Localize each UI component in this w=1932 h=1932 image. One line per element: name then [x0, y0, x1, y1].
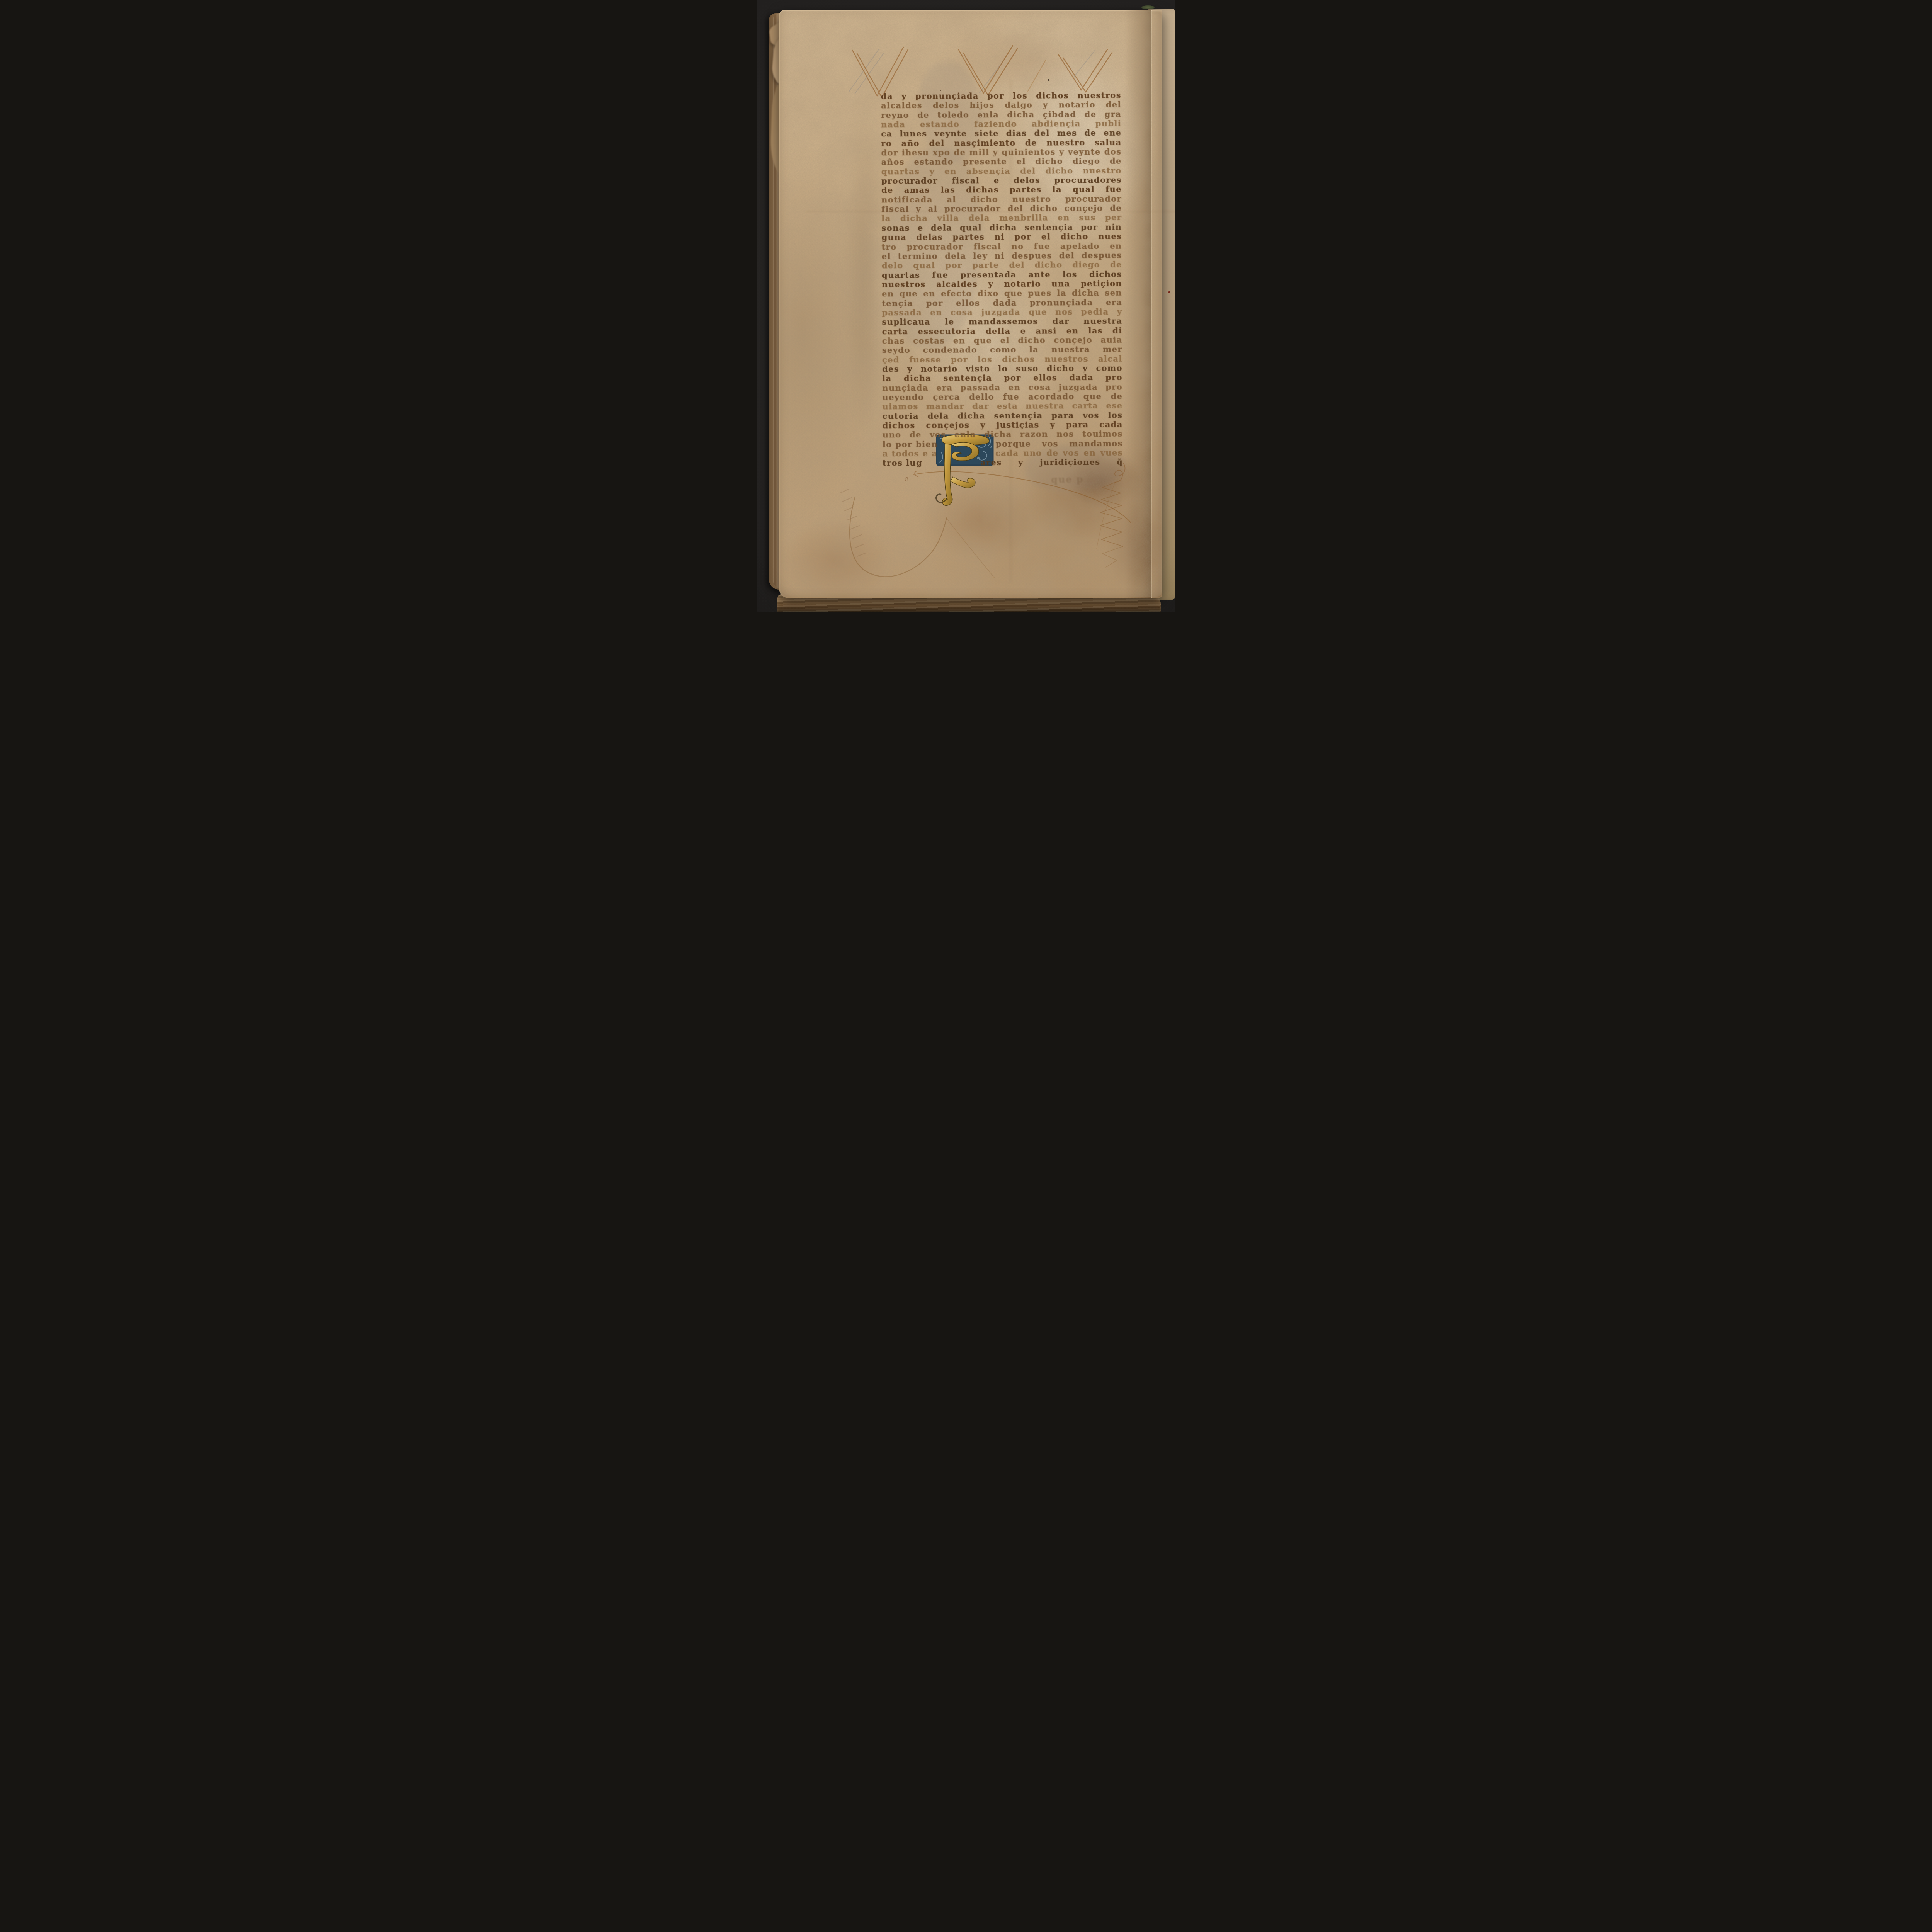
manuscript-line: uiamos mandar dar esta nuestra carta ese: [882, 401, 1122, 412]
gutter-shadow: [1124, 10, 1152, 598]
manuscript-line-segment: lo por bien: [883, 439, 938, 449]
manuscript-line-segment: porque vos mandamos: [996, 439, 1123, 449]
manuscript-line-segment: a todos e a: [883, 449, 937, 459]
green-headband: [1141, 5, 1155, 9]
margin-mark: 8: [905, 476, 909, 483]
manuscript-line: guna delas partes ni por el dicho nues: [881, 232, 1122, 242]
manuscript-line-segment: cada uno de vos en vues: [995, 448, 1123, 458]
manuscript-line: uno de vos enla dicha razon nos touimos: [883, 429, 1123, 440]
initial-gap-spacer: [922, 458, 980, 468]
manuscript-line: seydo condenado como la nuestra mer: [882, 345, 1122, 355]
ghost-bleedthrough-text: que p: [1051, 473, 1084, 485]
initial-gap-spacer: [938, 439, 996, 449]
manuscript-line: alcaldes delos hijos dalgo y notario del: [881, 100, 1121, 111]
manuscript-line: delo qual por parte del dicho diego de: [882, 260, 1122, 270]
manuscript-line: en que en efecto dixo que pues la dicha …: [882, 288, 1122, 299]
manuscript-photo: da y pronunçiada por los dichos nuestros…: [757, 0, 1175, 612]
manuscript-line: tros lugares y juridiçiones q̃: [883, 457, 1123, 468]
manuscript-line: suplicaua le mandassemos dar nuestra: [882, 316, 1122, 327]
manuscript-line: la dicha sentençia por ellos dada pro: [882, 373, 1122, 383]
text-block: da y pronunçiada por los dichos nuestros…: [881, 91, 1123, 468]
manuscript-line-segment: ares y juridiçiones q̃: [980, 457, 1123, 468]
initial-gap-spacer: [937, 449, 995, 458]
manuscript-line-segment: tros lug: [883, 458, 922, 468]
ink-speck: [1048, 79, 1049, 81]
manuscript-line: ca lunes veynte siete dias del mes de en…: [881, 128, 1121, 139]
manuscript-line: años estando presente el dicho diego de: [881, 156, 1122, 167]
